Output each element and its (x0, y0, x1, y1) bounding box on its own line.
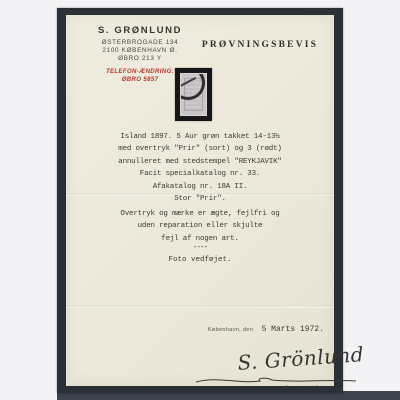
text-line: Facit specialkatalog nr. 33. (66, 168, 334, 180)
certificate-paper: S. GRØNLUND ØSTERBROGADE 134 2100 KØBENH… (66, 15, 334, 386)
fold-crease (66, 305, 334, 308)
text-separator: ---- (66, 244, 334, 252)
address-line: ØBRO 213 Y (76, 55, 204, 63)
certificate-text-paragraph-2: Overtryk og mærke er ægte, fejlfri og ud… (66, 208, 334, 245)
document-title: PRØVNINGSBEVIS (194, 40, 326, 50)
dateline-printed-label: København, den (208, 327, 253, 333)
text-line: Afakatalog nr. 18A II. (66, 181, 334, 193)
dateline: København, den 5 Marts 1972. (66, 318, 324, 336)
address-line: ØSTERBROGADE 134 (76, 39, 204, 47)
text-line: Stor "Prir". (66, 193, 334, 205)
signature: S. Grönlund (188, 341, 370, 393)
signature-script: S. Grönlund (188, 341, 370, 393)
dateline-typed-date: 5 Marts 1972. (262, 325, 324, 334)
letterhead-address: ØSTERBROGADE 134 2100 KØBENHAVN Ø. ØBRO … (76, 39, 204, 63)
stamp-mount (175, 68, 212, 121)
text-line: med overtryk "Prir" (sort) og 3 (rødt) (66, 143, 334, 155)
text-line: Island 1897. 5 Aur grøn takket 14-13½ (66, 131, 334, 143)
signature-flourish (196, 378, 356, 382)
text-line: uden reparation eller skjulte (66, 220, 334, 232)
letterhead-name: S. GRØNLUND (76, 25, 204, 36)
text-line: Overtryk og mærke er ægte, fejlfri og (66, 208, 334, 220)
signature-dashes (286, 386, 320, 387)
photo-frame: S. GRØNLUND ØSTERBROGADE 134 2100 KØBENH… (57, 8, 343, 393)
address-line: 2100 KØBENHAVN Ø. (76, 47, 204, 55)
text-line: annulleret med stedstempel "REYKJAVIK" (66, 156, 334, 168)
scanned-certificate-photo: S. GRØNLUND ØSTERBROGADE 134 2100 KØBENH… (0, 0, 400, 400)
stamp-photo-icon (180, 73, 207, 116)
closing-line: Foto vedføjet. (66, 256, 334, 264)
certificate-text-paragraph-1: Island 1897. 5 Aur grøn takket 14-13½ me… (66, 131, 334, 205)
signature-name: S. Grönlund (237, 342, 365, 375)
